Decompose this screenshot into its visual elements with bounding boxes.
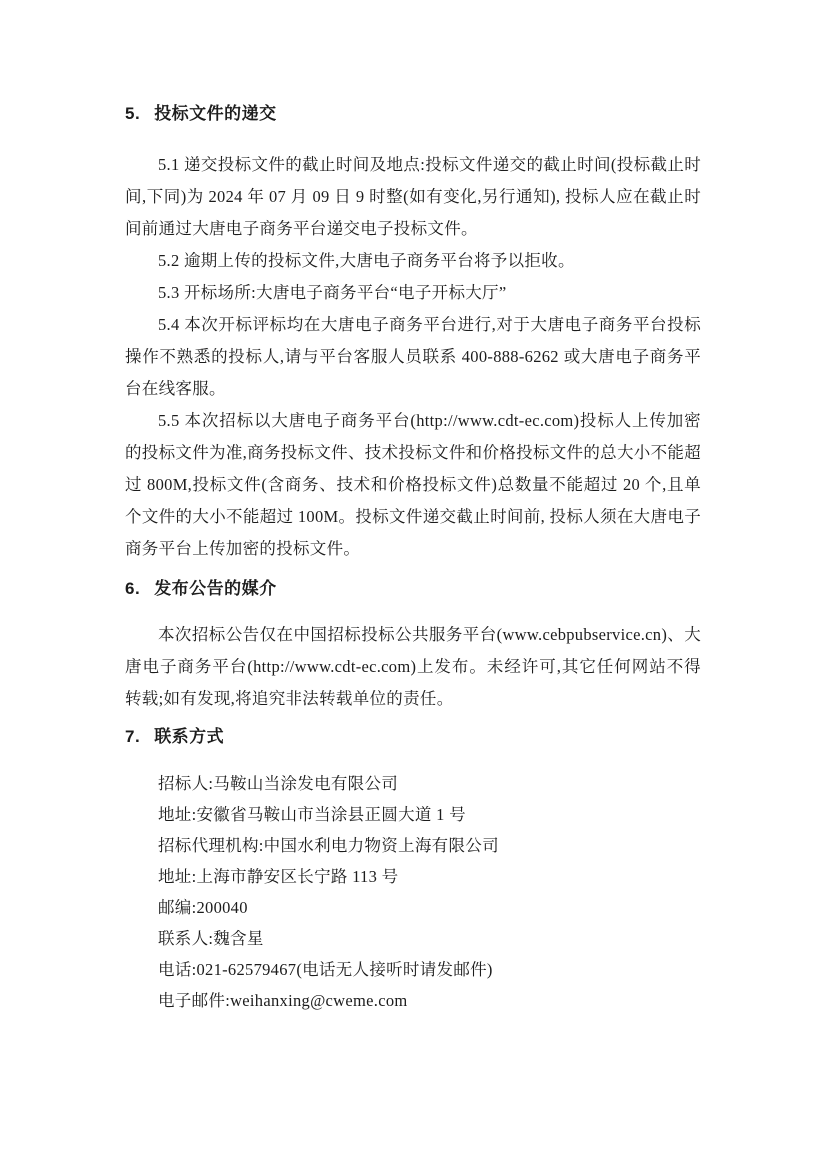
contact-tenderer: 招标人:马鞍山当涂发电有限公司: [158, 768, 701, 799]
paragraph-5-4: 5.4 本次开标评标均在大唐电子商务平台进行,对于大唐电子商务平台投标操作不熟悉…: [125, 309, 701, 405]
document-page: 5.投标文件的递交 5.1 递交投标文件的截止时间及地点:投标文件递交的截止时间…: [0, 0, 827, 1169]
contact-tenderer-address: 地址:安徽省马鞍山市当涂县正圆大道 1 号: [158, 799, 701, 830]
section-5-heading: 5.投标文件的递交: [125, 98, 701, 130]
contact-agency-address: 地址:上海市静安区长宁路 113 号: [158, 861, 701, 892]
section-7-heading: 7.联系方式: [125, 721, 701, 753]
contact-person: 联系人:魏含星: [158, 923, 701, 954]
section-7-number: 7.: [125, 727, 140, 746]
section-7-title: 联系方式: [154, 727, 224, 746]
contact-email: 电子邮件:weihanxing@cweme.com: [158, 985, 701, 1016]
paragraph-6-1: 本次招标公告仅在中国招标投标公共服务平台(www.cebpubservice.c…: [125, 619, 701, 715]
paragraph-5-2: 5.2 逾期上传的投标文件,大唐电子商务平台将予以拒收。: [125, 245, 701, 277]
paragraph-5-3: 5.3 开标场所:大唐电子商务平台“电子开标大厅”: [125, 277, 701, 309]
contact-postcode: 邮编:200040: [158, 892, 701, 923]
contact-agency: 招标代理机构:中国水利电力物资上海有限公司: [158, 830, 701, 861]
section-5-number: 5.: [125, 104, 140, 123]
paragraph-5-5: 5.5 本次招标以大唐电子商务平台(http://www.cdt-ec.com)…: [125, 405, 701, 565]
section-5-title: 投标文件的递交: [154, 104, 277, 123]
document-content: 5.投标文件的递交 5.1 递交投标文件的截止时间及地点:投标文件递交的截止时间…: [0, 0, 827, 1016]
section-6-number: 6.: [125, 579, 140, 598]
contact-phone: 电话:021-62579467(电话无人接听时请发邮件): [158, 954, 701, 985]
paragraph-5-1: 5.1 递交投标文件的截止时间及地点:投标文件递交的截止时间(投标截止时间,下同…: [125, 149, 701, 245]
section-6-heading: 6.发布公告的媒介: [125, 573, 701, 605]
section-6-title: 发布公告的媒介: [154, 579, 277, 598]
